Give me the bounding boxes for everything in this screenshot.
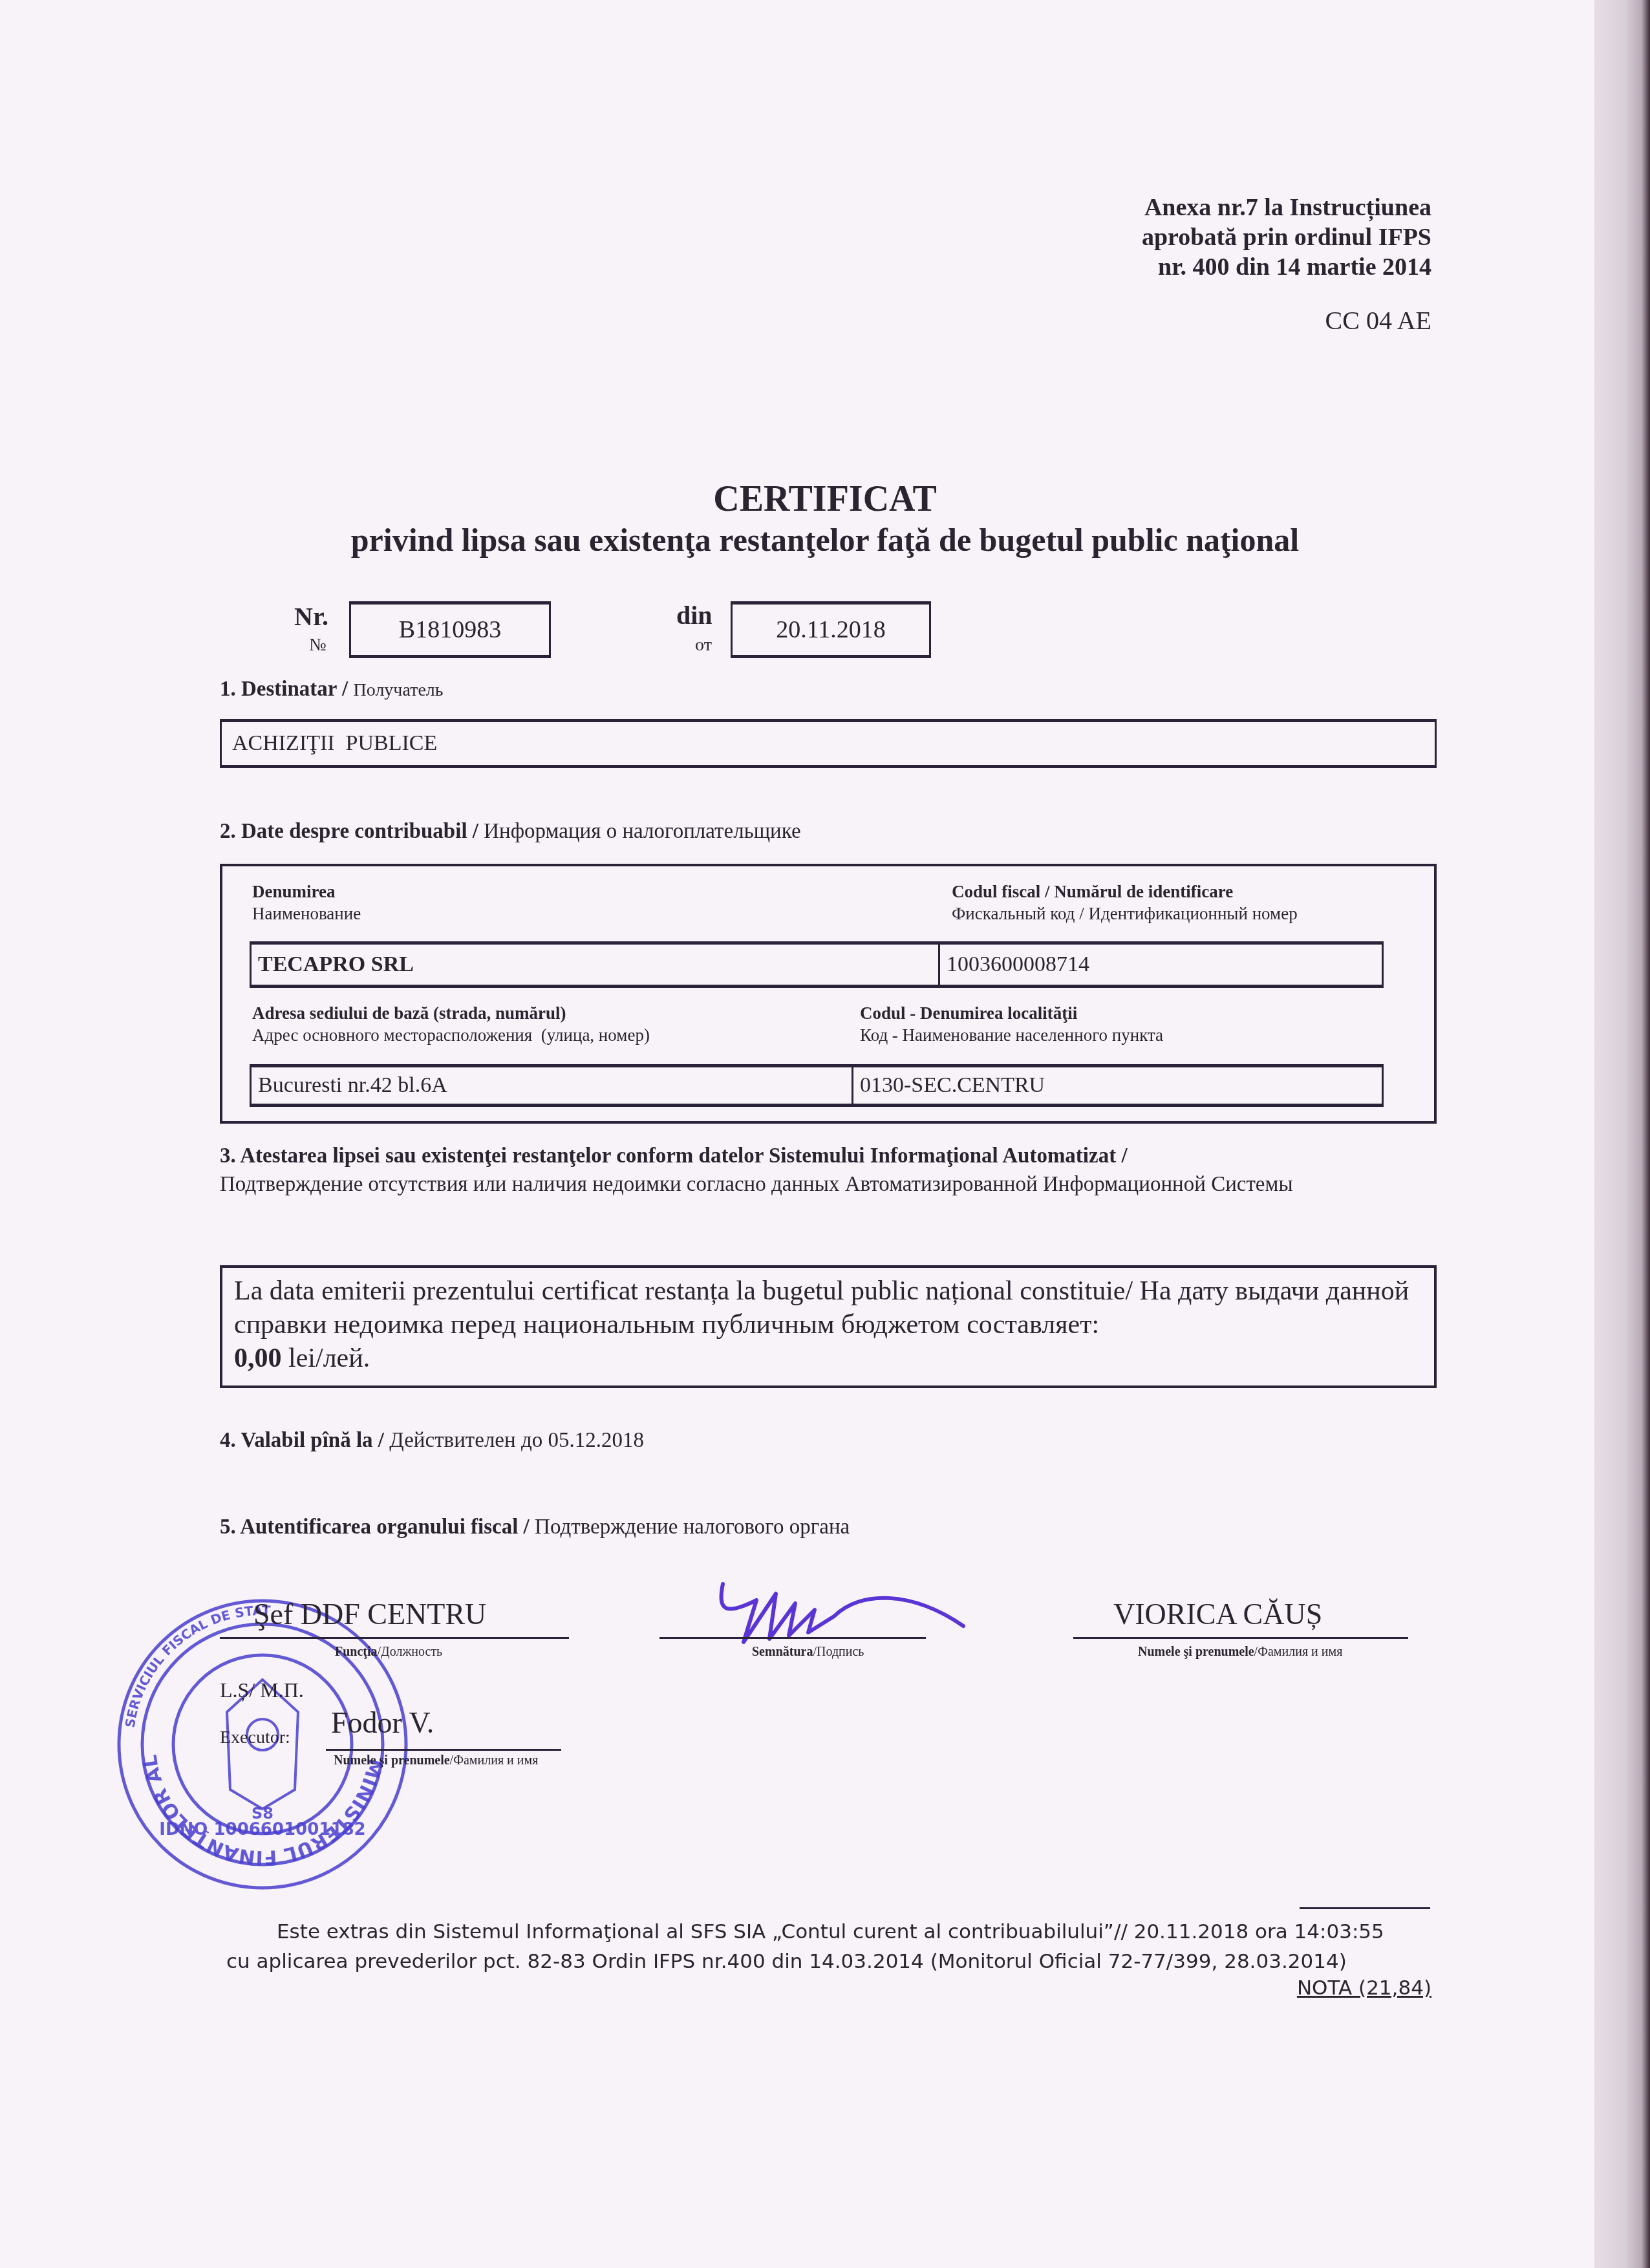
section-2-heading: 2. Date despre contribuabil / Информация…	[220, 820, 801, 844]
executor-label: Executor:	[220, 1728, 290, 1748]
seal-placeholder: L.Ș/ М.П.	[220, 1678, 304, 1702]
fiscal-code: 1003600008714	[938, 945, 1382, 985]
label-ro: Adresa sediului de bază (strada, numărul…	[252, 1002, 650, 1024]
section-title-ru: Получатель	[354, 680, 444, 700]
annex-reference: Anexa nr.7 la Instrucțiunea aprobată pri…	[1142, 193, 1431, 282]
locality-value: 0130-SEC.CENTRU	[852, 1067, 1382, 1104]
handwritten-signature-icon	[718, 1565, 1054, 1655]
annex-line: aprobată prin ordinul IFPS	[1142, 222, 1431, 252]
section-title-ro: 5. Autentificarea organului fiscal /	[220, 1515, 535, 1539]
fiscal-code-label: Codul fiscal / Numărul de identificare Ф…	[952, 881, 1298, 925]
annex-line: Anexa nr.7 la Instrucțiunea	[1142, 193, 1431, 222]
issue-date-field: 20.11.2018	[731, 601, 931, 658]
section-4-heading: 4. Valabil pînă la / Действителен до 05.…	[220, 1429, 644, 1453]
scanned-page-edge	[1594, 0, 1650, 2268]
name-label: Denumirea Наименование	[252, 881, 361, 925]
name-fiscal-row: TECAPRO SRL 1003600008714	[250, 941, 1384, 988]
number-label: Nr.	[294, 601, 328, 632]
official-name: VIORICA CĂUȘ	[1113, 1597, 1322, 1631]
recipient-field: ACHIZIŢII PUBLICE	[220, 719, 1437, 768]
section-title-ro: 3. Atestarea lipsei sau existenţei resta…	[220, 1142, 1448, 1170]
date-label-ru: от	[695, 635, 712, 656]
number-label-ru: №	[309, 635, 327, 656]
svg-text:S8: S8	[252, 1804, 273, 1823]
valid-until: Действителен до 05.12.2018	[389, 1429, 644, 1452]
section-3-heading: 3. Atestarea lipsei sau existenţei resta…	[220, 1142, 1448, 1199]
document-subtitle: privind lipsa sau existenţa restanţelor …	[0, 521, 1650, 559]
section-title-ru: Подтверждение налогового органа	[535, 1515, 850, 1539]
issue-date: 20.11.2018	[776, 615, 886, 644]
recipient-value: ACHIZIŢII PUBLICE	[232, 731, 437, 756]
label-ro: Denumirea	[252, 881, 361, 903]
signature-caption: Semnătura/Подпись	[752, 1645, 864, 1660]
name-caption: Numele şi prenumele/Фамилия и имя	[1138, 1645, 1342, 1660]
label-ru: Фискальный код / Идентификационный номер	[952, 903, 1298, 925]
nota-reference: NOTA (21,84)	[1297, 1976, 1431, 2000]
address-value: Bucuresti nr.42 bl.6A	[252, 1067, 852, 1104]
label-ru: Наименование	[252, 903, 361, 925]
section-title-ro: 1. Destinatar /	[220, 678, 354, 701]
taxpayer-name: TECAPRO SRL	[252, 945, 938, 985]
document-title: CERTIFICAT	[0, 478, 1650, 520]
position-line	[220, 1637, 569, 1639]
currency: lei/лей.	[282, 1343, 370, 1373]
footer-line-2: cu aplicarea prevederilor pct. 82-83 Ord…	[226, 1950, 1347, 1973]
position-caption: Funcţia/Должность	[335, 1645, 442, 1660]
date-label: din	[676, 600, 712, 630]
certificate-number: B1810983	[399, 615, 501, 644]
form-code: CC 04 AE	[1325, 305, 1431, 336]
locality-label: Codul - Denumirea localităţii Код - Наим…	[860, 1002, 1163, 1046]
section-title-ro: 4. Valabil pînă la /	[220, 1429, 389, 1452]
taxpayer-info-panel: Denumirea Наименование Codul fiscal / Nu…	[220, 864, 1437, 1124]
section-5-heading: 5. Autentificarea organului fiscal / Под…	[220, 1515, 850, 1539]
address-locality-row: Bucuresti nr.42 bl.6A 0130-SEC.CENTRU	[250, 1064, 1384, 1107]
section-1-heading: 1. Destinatar / Получатель	[220, 678, 444, 701]
label-ro: Codul - Denumirea localităţii	[860, 1002, 1163, 1024]
address-label: Adresa sediului de bază (strada, numărul…	[252, 1002, 650, 1046]
label-ru: Код - Наименование населенного пункта	[860, 1024, 1163, 1046]
footer-line-1: Este extras din Sistemul Informaţional a…	[277, 1920, 1384, 1943]
label-ru: Адрес основного месторасположения (улица…	[252, 1024, 650, 1046]
executor-name: Fodor V.	[331, 1706, 434, 1740]
footer-rule	[1300, 1907, 1430, 1909]
certificate-number-field: B1810983	[349, 601, 551, 658]
section-title-ru: Подтверждение отсутствия или наличия нед…	[220, 1170, 1422, 1199]
svg-text:IDNO 1006601001182: IDNO 1006601001182	[159, 1820, 365, 1839]
section-title-ro: 2. Date despre contribuabil /	[220, 820, 484, 843]
annex-line: nr. 400 din 14 martie 2014	[1142, 252, 1431, 282]
name-line	[1073, 1637, 1408, 1639]
executor-caption: Numele şi prenumele/Фамилия и имя	[334, 1753, 538, 1768]
signature-line	[659, 1637, 926, 1639]
label-ro: Codul fiscal / Numărul de identificare	[952, 881, 1298, 903]
section-title-ru: Информация о налогоплательщике	[484, 820, 800, 843]
result-text: La data emiterii prezentului certificat …	[234, 1276, 1409, 1340]
executor-line	[326, 1749, 561, 1751]
arrears-amount: 0,00	[234, 1343, 282, 1373]
arrears-result-box: La data emiterii prezentului certificat …	[220, 1265, 1437, 1388]
position-value: Şef DDF CENTRU	[253, 1597, 486, 1631]
